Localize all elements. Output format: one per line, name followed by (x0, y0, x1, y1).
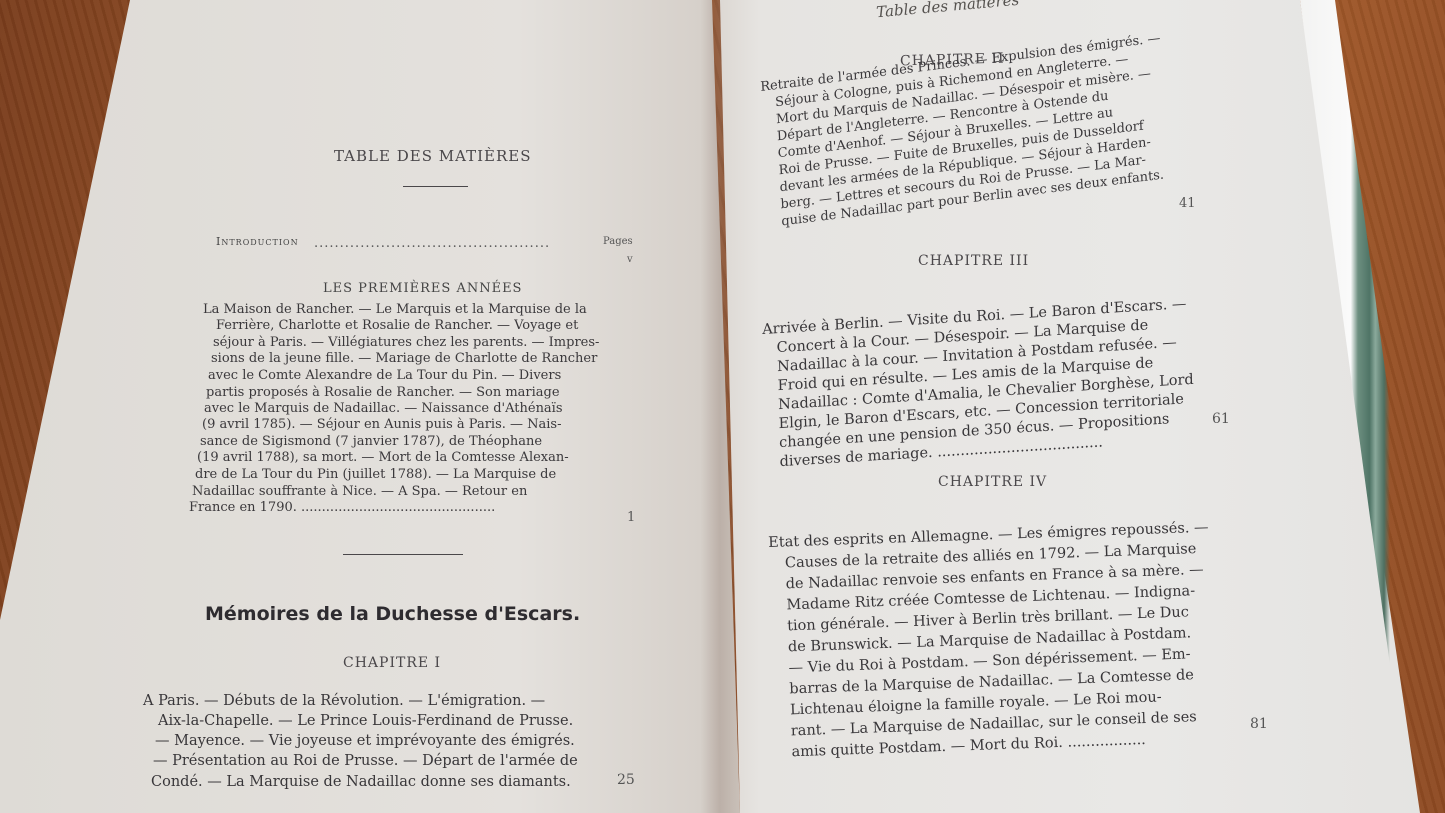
entry-line: Ferrière, Charlotte et Rosalie de Ranche… (216, 318, 578, 333)
entry-line: — Présentation au Roi de Prusse. — Dépar… (153, 753, 578, 769)
section-divider (343, 554, 463, 555)
chapter-1-title: CHAPITRE I (343, 655, 441, 671)
pages-label: Pages (603, 236, 633, 247)
entry-line: France en 1790. ........................… (189, 500, 495, 515)
toc-title: TABLE DES MATIÈRES (334, 147, 532, 165)
section-page-number: 1 (627, 510, 635, 525)
chapter-4-page-number: 81 (1250, 716, 1268, 732)
introduction-dots: ........................................… (314, 236, 550, 251)
entry-line: Nadaillac souffrante à Nice. — A Spa. — … (192, 484, 527, 499)
entry-line: (9 avril 1785). — Séjour en Aunis puis à… (202, 417, 562, 432)
entry-line: dre de La Tour du Pin (juillet 1788). — … (195, 467, 556, 482)
introduction-label: Introduction (216, 235, 299, 248)
entry-line: avec le Comte Alexandre de La Tour du Pi… (208, 368, 561, 383)
entry-line: (19 avril 1788), sa mort. — Mort de la C… (197, 450, 569, 465)
entry-line: partis proposés à Rosalie de Rancher. — … (206, 385, 560, 400)
book-title: Mémoires de la Duchesse d'Escars. (205, 603, 580, 625)
entry-line: Condé. — La Marquise de Nadaillac donne … (151, 774, 571, 790)
chapter-2-page-number: 41 (1179, 196, 1196, 211)
entry-line: La Maison de Rancher. — Le Marquis et la… (203, 302, 587, 317)
entry-line: avec le Marquis de Nadaillac. — Naissanc… (204, 401, 563, 416)
introduction-page-number: v (627, 254, 633, 265)
entry-line: Aix-la-Chapelle. — Le Prince Louis-Ferdi… (158, 713, 573, 729)
section-title: LES PREMIÈRES ANNÉES (323, 281, 522, 296)
entry-line: — Mayence. — Vie joyeuse et imprévoyante… (155, 733, 575, 749)
chapter-3-page-number: 61 (1212, 411, 1230, 427)
entry-line: A Paris. — Débuts de la Révolution. — L'… (143, 693, 545, 709)
title-rule (403, 186, 468, 187)
entry-line: sance de Sigismond (7 janvier 1787), de … (200, 434, 542, 449)
entry-line: séjour à Paris. — Villégiatures chez les… (213, 335, 599, 350)
chapter-4-title: CHAPITRE IV (938, 474, 1047, 490)
entry-line: sions de la jeune fille. — Mariage de Ch… (211, 351, 597, 366)
chapter-1-page-number: 25 (617, 772, 635, 788)
chapter-3-title: CHAPITRE III (918, 253, 1029, 269)
